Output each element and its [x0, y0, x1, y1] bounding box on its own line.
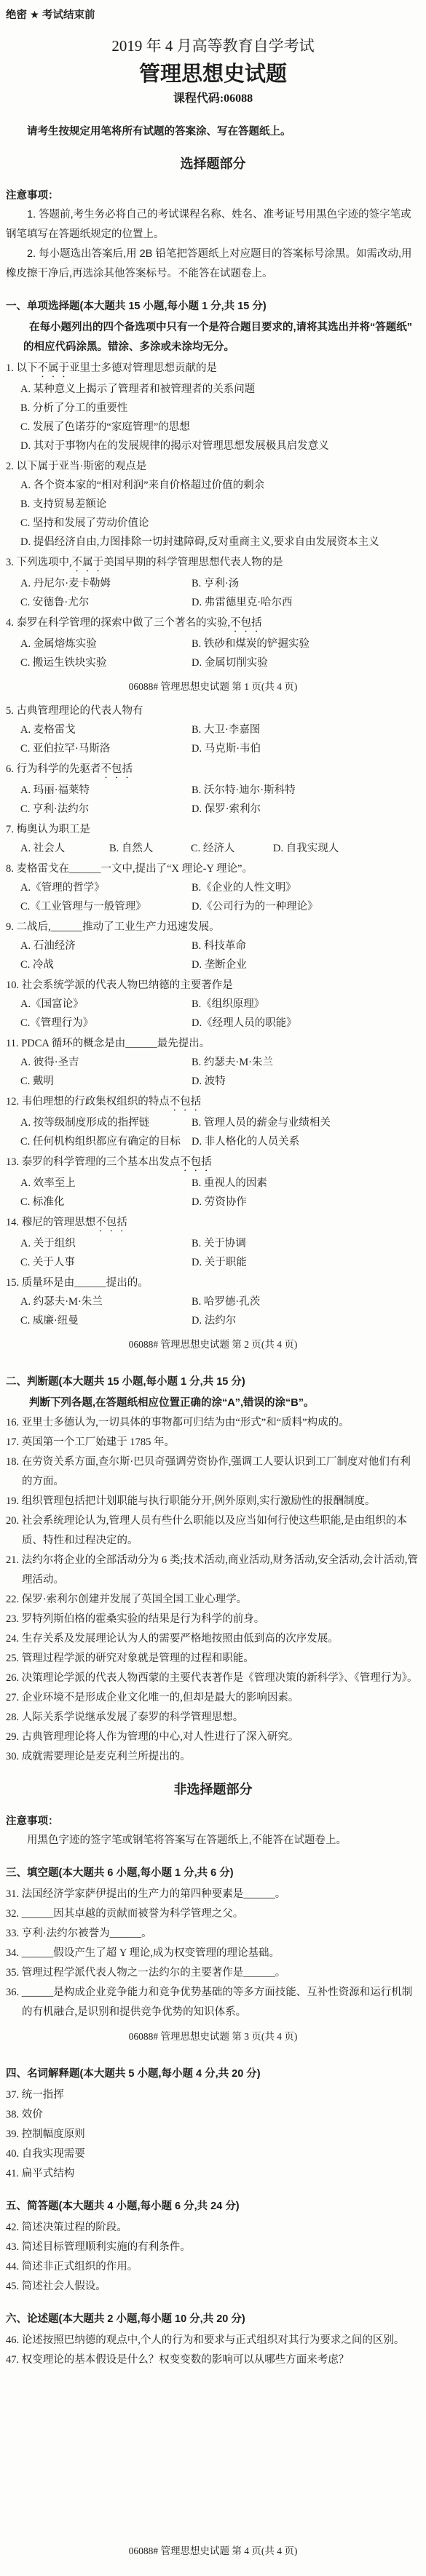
notice-item-2: 2. 每小题选出答案后,用 2B 铅笔把答题纸上对应题目的答案标号涂黑。如需改动…	[6, 245, 420, 284]
notice-item-1: 1. 答题前,考生务必将自己的考试课程名称、姓名、准考证号用黑色字迹的签字笔或钢…	[6, 205, 420, 245]
option: C. 安德鲁·尤尔	[20, 593, 192, 612]
option: A. 玛丽·福莱特	[20, 781, 192, 800]
question-number: 38.	[6, 2109, 22, 2120]
item-text: 亚里士多德认为,一切具体的事物都可归结为由“形式”和“质料”构成的。	[22, 1417, 350, 1428]
options: A. 关于组织B. 关于协调C. 关于人事D. 关于职能	[6, 1234, 420, 1272]
option: D. 关于职能	[192, 1253, 420, 1272]
short-question: 42. 简述决策过程的阶段。	[6, 2218, 420, 2238]
option: C. 戴明	[20, 1072, 192, 1091]
term-question: 39. 控制幅度原则	[6, 2125, 420, 2144]
tf-questions: 16. 亚里士多德认为,一切具体的事物都可归结为由“形式”和“质料”构成的。17…	[6, 1413, 420, 1767]
fill-question: 32. ______因其卓越的贡献而被誉为科学管理之父。	[6, 1904, 420, 1924]
single-choice-section: 一、单项选择题(本大题共 15 小题,每小题 1 分,共 15 分) 在每小题列…	[6, 284, 420, 1359]
options: A. 某种意义上揭示了管理者和被管理者的关系问题B. 分析了分工的重要性C. 发…	[6, 380, 420, 456]
option: D. 非人格化的人员关系	[192, 1132, 420, 1151]
tf-question: 24. 生存关系及发展理论认为人的需要严格地按照由低到高的次序发展。	[6, 1629, 420, 1649]
question-number: 43.	[6, 2241, 22, 2253]
stem-text: 社会系统学派的代表人物巴纳德的主要著作是	[22, 979, 233, 991]
option: B. 哈罗德·孔茨	[192, 1292, 420, 1311]
page-footer-4: 06088# 管理思想史试题 第 4 页(共 4 页)	[6, 2543, 420, 2560]
question-number: 2.	[6, 461, 17, 472]
question-stem: 12. 韦伯理想的行政集权组织的特点不包括	[6, 1092, 420, 1113]
tf-question: 16. 亚里士多德认为,一切具体的事物都可归结为由“形式”和“质料”构成的。	[6, 1413, 420, 1433]
tf-question: 21. 法约尔将企业的全部活动分为 6 类;技术活动,商业活动,财务活动,安全活…	[6, 1551, 420, 1590]
question-stem: 3. 下列选项中,不属于美国早期的科学管理思想代表人物的是	[6, 553, 420, 574]
question-number: 35.	[6, 1967, 22, 1979]
option: B. 管理人员的薪金与业绩相关	[192, 1113, 420, 1132]
question-number: 33.	[6, 1928, 22, 1939]
stem-text: 不包括	[230, 617, 262, 629]
option: A. 按等级制度形成的指挥链	[20, 1113, 192, 1132]
options: A.《国富论》B.《组织原理》C.《管理行为》D.《经理人员的职能》	[6, 995, 420, 1033]
question-number: 41.	[6, 2168, 22, 2179]
tf-question: 23. 罗特列斯伯格的霍桑实验的结果是行为科学的前身。	[6, 1610, 420, 1629]
term-question: 37. 统一指挥	[6, 2086, 420, 2105]
question-stem: 1. 以下不属于亚里士多德对管理思想贡献的是	[6, 359, 420, 380]
item-text: 简述社会人假设。	[22, 2281, 106, 2292]
options: A. 石油经济B. 科技革命C. 冷战D. 垄断企业	[6, 937, 420, 974]
fill-question: 36. ______是构成企业竞争能力和竞争优势基础的等多方面技能、互补性资源和…	[6, 1983, 420, 2022]
stem-text: 梅奥认为职工是	[17, 824, 91, 835]
option: D.《公司行为的一种理论》	[192, 897, 420, 916]
term-question: 38. 效价	[6, 2105, 420, 2125]
options: A. 约瑟夫·M·朱兰B. 哈罗德·孔茨C. 威廉·纽曼D. 法约尔	[6, 1292, 420, 1330]
option: C. 搬运生铁块实验	[20, 653, 192, 672]
mcq-question: 12. 韦伯理想的行政集权组织的特点不包括A. 按等级制度形成的指挥链B. 管理…	[6, 1092, 420, 1151]
mcq-question: 11. PDCA 循环的概念是由______最先提出。A. 彼得·圣吉B. 约瑟…	[6, 1034, 420, 1091]
mcq-question: 8. 麦格雷戈在______一文中,提出了“X 理论-Y 理论”。A.《管理的哲…	[6, 859, 420, 916]
stem-text: PDCA 循环的概念是由______最先提出。	[21, 1038, 210, 1049]
mcq-instruction: 在每小题列出的四个备选项中只有一个是符合题目要求的,请将其选出并将“答题纸”的相…	[6, 318, 420, 357]
stem-text: 行为科学的先驱者	[17, 763, 101, 775]
option: D. 金属切削实验	[192, 653, 420, 672]
stem-text: 不包括	[95, 1217, 127, 1228]
option: D. 垄断企业	[192, 955, 420, 974]
item-text: 保罗·索利尔创建并发展了英国全国工业心理学。	[22, 1594, 247, 1605]
tf-question: 20. 社会系统理论认为,管理人员有些什么职能以及应当如何行使这些职能,是由组织…	[6, 1511, 420, 1551]
fill-question: 34. ______假设产生了超 Y 理论,成为权变管理的理论基础。	[6, 1944, 420, 1963]
part-title-non-choice: 非选择题部分	[6, 1780, 420, 1799]
non-choice-notice-section: 注意事项： 用黑色字迹的签字笔或钢笔将答案写在答题纸上,不能答在试题卷上。	[6, 1810, 420, 1850]
stem-text: 泰罗的科学管理的三个基本出发点	[22, 1156, 181, 1168]
option: A. 金属熔炼实验	[20, 635, 192, 653]
option: C. 威廉·纽曼	[20, 1311, 192, 1330]
short-question: 43. 简述目标管理顺利实施的有利条件。	[6, 2238, 420, 2257]
item-text: ______因其卓越的贡献而被誉为科学管理之父。	[22, 1908, 244, 1920]
option: D. 波特	[192, 1072, 420, 1091]
page-footer-2: 06088# 管理思想史试题 第 2 页(共 4 页)	[6, 1336, 420, 1353]
question-number: 28.	[6, 1712, 22, 1723]
options: A. 彼得·圣吉B. 约瑟夫·M·朱兰C. 戴明D. 波特	[6, 1053, 420, 1091]
option: D. 提倡经济自由,力图排除一切封建障碍,反对重商主义,要求自由发展资本主义	[20, 533, 420, 552]
mcq-question: 14. 穆尼的管理思想不包括A. 关于组织B. 关于协调C. 关于人事D. 关于…	[6, 1213, 420, 1272]
tf-question: 25. 管理过程学派的研究对象就是管理的过程和职能。	[6, 1649, 420, 1669]
option: D. 马克斯·韦伯	[192, 739, 420, 758]
option: A. 各个资本家的“相对利润”来自价格超过价值的剩余	[20, 476, 420, 495]
mcq-question: 15. 质量环是由______提出的。A. 约瑟夫·M·朱兰B. 哈罗德·孔茨C…	[6, 1273, 420, 1330]
paper-title: 管理思想史试题	[6, 60, 420, 89]
item-text: 组织管理包括把计划职能与执行职能分开,例外原则,实行激励性的报酬制度。	[22, 1495, 376, 1507]
fill-question: 33. 亨利·法约尔被誉为______。	[6, 1924, 420, 1944]
question-number: 44.	[6, 2261, 22, 2273]
question-stem: 8. 麦格雷戈在______一文中,提出了“X 理论-Y 理论”。	[6, 859, 420, 878]
item-text: 决策理论学派的代表人物西蒙的主要代表著作是《管理决策的新科学》、《管理行为》。	[22, 1672, 418, 1684]
stem-text: 不属于	[72, 557, 104, 568]
stem-text: 泰罗在科学管理的探索中做了三个著名的实验,	[17, 617, 231, 629]
question-stem: 7. 梅奥认为职工是	[6, 820, 420, 839]
exam-session-title: 2019 年 4 月高等教育自学考试	[6, 35, 420, 57]
options: A. 社会人B. 自然人C. 经济人D. 自我实现人	[6, 839, 420, 858]
short-answer-section: 五、简答题(本大题共 4 小题,每小题 6 分,共 24 分) 42. 简述决策…	[6, 2184, 420, 2297]
classification-banner: 绝密 ★ 考试结束前	[6, 6, 420, 25]
option: D. 弗雷德里克·哈尔西	[192, 593, 420, 612]
stem-text: 质量环是由______提出的。	[22, 1277, 149, 1289]
item-text: 控制幅度原则	[22, 2128, 85, 2140]
option: A. 丹尼尔·麦卡勒姆	[20, 574, 192, 593]
question-number: 47.	[6, 2354, 22, 2366]
option: B. 自然人	[109, 839, 191, 858]
term-question: 41. 扁平式结构	[6, 2164, 420, 2184]
option: B.《企业的人性文明》	[192, 878, 420, 897]
question-number: 25.	[6, 1653, 22, 1664]
notice-title: 注意事项：	[6, 186, 420, 205]
question-number: 19.	[6, 1495, 22, 1507]
question-stem: 13. 泰罗的科学管理的三个基本出发点不包括	[6, 1153, 420, 1174]
options: A.《管理的哲学》B.《企业的人性文明》C.《工业管理与一般管理》D.《公司行为…	[6, 878, 420, 916]
option: A. 效率至上	[20, 1174, 192, 1193]
notice-title-2: 注意事项：	[6, 1812, 420, 1831]
option: A.《管理的哲学》	[20, 878, 192, 897]
stem-text: 穆尼的管理思想	[22, 1217, 96, 1228]
item-text: 法约尔将企业的全部活动分为 6 类;技术活动,商业活动,财务活动,安全活动,会计…	[22, 1554, 418, 1586]
option: C. 亚伯拉罕·马斯洛	[20, 739, 192, 758]
option: B. 亨利·汤	[192, 574, 420, 593]
stem-text: 不包括	[101, 763, 133, 775]
tf-question: 19. 组织管理包括把计划职能与执行职能分开,例外原则,实行激励性的报酬制度。	[6, 1492, 420, 1511]
item-text: 扁平式结构	[22, 2168, 75, 2179]
mcq-question: 13. 泰罗的科学管理的三个基本出发点不包括A. 效率至上B. 重视人的因素C.…	[6, 1153, 420, 1212]
option: A. 关于组织	[20, 1234, 192, 1253]
option: A. 彼得·圣吉	[20, 1053, 192, 1072]
mcq-question: 1. 以下不属于亚里士多德对管理思想贡献的是A. 某种意义上揭示了管理者和被管理…	[6, 359, 420, 456]
question-number: 16.	[6, 1417, 22, 1428]
option: C. 经济人	[191, 839, 273, 858]
stem-text: 不包括	[170, 1096, 202, 1108]
question-stem: 2. 以下属于亚当·斯密的观点是	[6, 457, 420, 476]
question-number: 17.	[6, 1436, 22, 1448]
course-code: 课程代码:06088	[6, 90, 420, 108]
paper-header: 绝密 ★ 考试结束前 2019 年 4 月高等教育自学考试 管理思想史试题 课程…	[6, 6, 420, 185]
tf-question: 17. 英国第一个工厂始建于 1785 年。	[6, 1433, 420, 1452]
option: B. 支持贸易差额论	[20, 495, 420, 514]
options: A. 麦格雷戈B. 大卫·李嘉图C. 亚伯拉罕·马斯洛D. 马克斯·韦伯	[6, 720, 420, 758]
item-text: 成就需要理论是麦克利兰所提出的。	[22, 1751, 191, 1762]
section-heading-short: 五、简答题(本大题共 4 小题,每小题 6 分,共 24 分)	[6, 2197, 420, 2217]
tf-question: 18. 在劳资关系方面,查尔斯·巴贝奇强调劳资协作,强调工人要认识到工厂制度对他…	[6, 1452, 420, 1492]
option: C. 坚持和发展了劳动价值论	[20, 514, 420, 533]
mcq-question: 10. 社会系统学派的代表人物巴纳德的主要著作是A.《国富论》B.《组织原理》C…	[6, 976, 420, 1033]
stem-text: 麦格雷戈在______一文中,提出了“X 理论-Y 理论”。	[17, 863, 253, 875]
mcq-question: 4. 泰罗在科学管理的探索中做了三个著名的实验,不包括A. 金属熔炼实验B. 铁…	[6, 613, 420, 672]
tf-question: 28. 人际关系学说继承发展了泰罗的科学管理思想。	[6, 1708, 420, 1728]
mcq-questions-group-2: 5. 古典管理理论的代表人物有A. 麦格雷戈B. 大卫·李嘉图C. 亚伯拉罕·马…	[6, 701, 420, 1330]
item-text: 简述目标管理顺利实施的有利条件。	[22, 2241, 191, 2253]
mcq-questions-group-1: 1. 以下不属于亚里士多德对管理思想贡献的是A. 某种意义上揭示了管理者和被管理…	[6, 359, 420, 672]
question-number: 10.	[6, 979, 22, 991]
item-text: 权变理论的基本假设是什么？权变变数的影响可以从哪些方面来考虑？	[22, 2354, 350, 2366]
stem-text: 韦伯理想的行政集权组织的特点	[22, 1096, 170, 1108]
question-number: 6.	[6, 763, 17, 775]
tf-question: 30. 成就需要理论是麦克利兰所提出的。	[6, 1747, 420, 1767]
question-number: 31.	[6, 1888, 22, 1900]
essay-question: 47. 权变理论的基本假设是什么？权变变数的影响可以从哪些方面来考虑？	[6, 2350, 420, 2370]
question-number: 27.	[6, 1692, 22, 1704]
option: C.《管理行为》	[20, 1014, 192, 1033]
answer-instruction: 请考生按规定用笔将所有试题的答案涂、写在答题纸上。	[6, 122, 420, 141]
section-heading-terms: 四、名词解释题(本大题共 5 小题,每小题 4 分,共 20 分)	[6, 2064, 420, 2084]
question-stem: 5. 古典管理理论的代表人物有	[6, 701, 420, 720]
mcq-question: 3. 下列选项中,不属于美国早期的科学管理思想代表人物的是A. 丹尼尔·麦卡勒姆…	[6, 553, 420, 612]
essay-questions: 46. 论述按照巴纳德的观点中,个人的行为和要求与正式组织对其行为要求之间的区别…	[6, 2331, 420, 2370]
item-text: 管理过程学派代表人物之一法约尔的主要著作是______。	[22, 1967, 286, 1979]
item-text: 简述决策过程的阶段。	[22, 2222, 127, 2233]
option: C. 亨利·法约尔	[20, 800, 192, 819]
option: B. 科技革命	[192, 937, 420, 955]
question-number: 37.	[6, 2089, 22, 2101]
option: C. 关于人事	[20, 1253, 192, 1272]
question-number: 14.	[6, 1217, 22, 1228]
question-number: 24.	[6, 1633, 22, 1645]
mcq-question: 9. 二战后,______推动了工业生产力迅速发展。A. 石油经济B. 科技革命…	[6, 918, 420, 974]
question-number: 29.	[6, 1731, 22, 1743]
option: B. 沃尔特·迪尔·斯科特	[192, 781, 420, 800]
section-heading-fill: 三、填空题(本大题共 6 小题,每小题 1 分,共 6 分)	[6, 1864, 420, 1883]
mcq-question: 5. 古典管理理论的代表人物有A. 麦格雷戈B. 大卫·李嘉图C. 亚伯拉罕·马…	[6, 701, 420, 758]
item-text: 简述非正式组织的作用。	[22, 2261, 138, 2273]
tf-question: 22. 保罗·索利尔创建并发展了英国全国工业心理学。	[6, 1590, 420, 1610]
stem-text: 下列选项中,	[17, 557, 72, 568]
question-number: 11.	[6, 1038, 21, 1049]
options: A. 按等级制度形成的指挥链B. 管理人员的薪金与业绩相关C. 任何机构组织都应…	[6, 1113, 420, 1151]
item-text: 法国经济学家萨伊提出的生产力的第四种要素是______。	[22, 1888, 286, 1900]
question-stem: 6. 行为科学的先驱者不包括	[6, 760, 420, 781]
option: C. 标准化	[20, 1193, 192, 1212]
question-number: 30.	[6, 1751, 22, 1762]
option: C. 冷战	[20, 955, 192, 974]
stem-text: 以下	[17, 362, 38, 374]
question-number: 9.	[6, 921, 17, 933]
essay-question: 46. 论述按照巴纳德的观点中,个人的行为和要求与正式组织对其行为要求之间的区别…	[6, 2331, 420, 2350]
item-text: 在劳资关系方面,查尔斯·巴贝奇强调劳资协作,强调工人要认识到工厂制度对他们有利的…	[22, 1456, 411, 1487]
item-text: 管理过程学派的研究对象就是管理的过程和职能。	[22, 1653, 254, 1664]
term-questions: 37. 统一指挥38. 效价39. 控制幅度原则40. 自我实现需要41. 扁平…	[6, 2086, 420, 2184]
item-text: 效价	[22, 2109, 43, 2120]
question-stem: 4. 泰罗在科学管理的探索中做了三个著名的实验,不包括	[6, 613, 420, 635]
option: B. 大卫·李嘉图	[192, 720, 420, 739]
question-number: 42.	[6, 2222, 22, 2233]
true-false-section: 二、判断题(本大题共 15 小题,每小题 1 分,共 15 分) 判断下列各题,…	[6, 1359, 420, 1767]
fill-blank-section: 三、填空题(本大题共 6 小题,每小题 1 分,共 6 分) 31. 法国经济学…	[6, 1850, 420, 2051]
section-heading-essay: 六、论述题(本大题共 2 小题,每小题 10 分,共 20 分)	[6, 2310, 420, 2329]
notice-item-3: 用黑色字迹的签字笔或钢笔将答案写在答题纸上,不能答在试题卷上。	[6, 1831, 420, 1850]
question-number: 26.	[6, 1672, 22, 1684]
option: A. 约瑟夫·M·朱兰	[20, 1292, 192, 1311]
fill-question: 35. 管理过程学派代表人物之一法约尔的主要著作是______。	[6, 1963, 420, 1983]
item-text: ______假设产生了超 Y 理论,成为权变管理的理论基础。	[22, 1947, 280, 1959]
options: A. 玛丽·福莱特B. 沃尔特·迪尔·斯科特C. 亨利·法约尔D. 保罗·索利尔	[6, 781, 420, 819]
option: D. 法约尔	[192, 1311, 420, 1330]
short-question: 44. 简述非正式组织的作用。	[6, 2257, 420, 2277]
item-text: 企业环境不是形成企业文化唯一的,但却是最大的影响因素。	[22, 1692, 299, 1704]
item-text: 罗特列斯伯格的霍桑实验的结果是行为科学的前身。	[22, 1613, 265, 1625]
question-number: 7.	[6, 824, 17, 835]
question-number: 20.	[6, 1515, 22, 1527]
option: B.《组织原理》	[192, 995, 420, 1014]
question-stem: 15. 质量环是由______提出的。	[6, 1273, 420, 1292]
short-question: 45. 简述社会人假设。	[6, 2277, 420, 2297]
stem-text: 不包括	[180, 1156, 212, 1168]
term-question: 40. 自我实现需要	[6, 2144, 420, 2164]
question-number: 15.	[6, 1277, 22, 1289]
option: B. 约瑟夫·M·朱兰	[192, 1053, 420, 1072]
stem-text: 古典管理理论的代表人物有	[17, 705, 143, 717]
stem-text: 二战后,______推动了工业生产力迅速发展。	[17, 921, 220, 933]
options: A. 效率至上B. 重视人的因素C. 标准化D. 劳资协作	[6, 1174, 420, 1212]
mcq-question: 6. 行为科学的先驱者不包括A. 玛丽·福莱特B. 沃尔特·迪尔·斯科特C. 亨…	[6, 760, 420, 819]
stem-text: 以下属于亚当·斯密的观点是	[17, 461, 147, 472]
item-text: 英国第一个工厂始建于 1785 年。	[22, 1436, 175, 1448]
question-number: 18.	[6, 1456, 22, 1468]
fill-questions: 31. 法国经济学家萨伊提出的生产力的第四种要素是______。32. ____…	[6, 1885, 420, 2022]
item-text: 古典管理理论将人作为管理的中心,对人性进行了深入研究。	[22, 1731, 299, 1743]
option: B. 铁砂和煤炭的铲掘实验	[192, 635, 420, 653]
option: D. 其对于事物内在的发展规律的揭示对管理思想发展极具启发意义	[20, 437, 420, 456]
short-questions: 42. 简述决策过程的阶段。43. 简述目标管理顺利实施的有利条件。44. 简述…	[6, 2218, 420, 2297]
option: A. 社会人	[20, 839, 109, 858]
question-number: 45.	[6, 2281, 22, 2292]
item-text: ______是构成企业竞争能力和竞争优势基础的等多方面技能、互补性资源和运行机制…	[22, 1987, 413, 2018]
option: C. 任何机构组织都应有确定的目标	[20, 1132, 192, 1151]
option: C. 发展了色诺芬的“家庭管理”的思想	[20, 418, 420, 437]
tf-question: 27. 企业环境不是形成企业文化唯一的,但却是最大的影响因素。	[6, 1688, 420, 1708]
section-heading-tf: 二、判断题(本大题共 15 小题,每小题 1 分,共 15 分)	[6, 1372, 420, 1392]
question-stem: 9. 二战后,______推动了工业生产力迅速发展。	[6, 918, 420, 937]
question-number: 36.	[6, 1987, 22, 1998]
question-number: 22.	[6, 1594, 22, 1605]
page-footer-1: 06088# 管理思想史试题 第 1 页(共 4 页)	[6, 678, 420, 696]
tf-instruction: 判断下列各题,在答题纸相应位置正确的涂“A”,错误的涂“B”。	[6, 1394, 420, 1413]
page-footer-3: 06088# 管理思想史试题 第 3 页(共 4 页)	[6, 2028, 420, 2046]
fill-question: 31. 法国经济学家萨伊提出的生产力的第四种要素是______。	[6, 1885, 420, 1904]
question-number: 8.	[6, 863, 17, 875]
option: D.《经理人员的职能》	[192, 1014, 420, 1033]
option: B. 分析了分工的重要性	[20, 399, 420, 418]
item-text: 人际关系学说继承发展了泰罗的科学管理思想。	[22, 1712, 244, 1723]
option: D. 保罗·索利尔	[192, 800, 420, 819]
question-number: 46.	[6, 2334, 22, 2346]
option: A. 石油经济	[20, 937, 192, 955]
choice-notice-section: 注意事项： 1. 答题前,考生务必将自己的考试课程名称、姓名、准考证号用黑色字迹…	[6, 185, 420, 284]
question-number: 4.	[6, 617, 17, 629]
section-heading-mcq: 一、单项选择题(本大题共 15 小题,每小题 1 分,共 15 分)	[6, 297, 420, 317]
option: A. 麦格雷戈	[20, 720, 192, 739]
option: C.《工业管理与一般管理》	[20, 897, 192, 916]
essay-section: 六、论述题(本大题共 2 小题,每小题 10 分,共 20 分) 46. 论述按…	[6, 2297, 420, 2370]
question-number: 39.	[6, 2128, 22, 2140]
option: B. 重视人的因素	[192, 1174, 420, 1193]
part-title-choice: 选择题部分	[6, 154, 420, 173]
option: B. 关于协调	[192, 1234, 420, 1253]
question-number: 12.	[6, 1096, 22, 1108]
question-stem: 10. 社会系统学派的代表人物巴纳德的主要著作是	[6, 976, 420, 995]
question-number: 34.	[6, 1947, 22, 1959]
item-text: 自我实现需要	[22, 2148, 85, 2160]
option: A.《国富论》	[20, 995, 192, 1014]
options: A. 金属熔炼实验B. 铁砂和煤炭的铲掘实验C. 搬运生铁块实验D. 金属切削实…	[6, 635, 420, 672]
question-number: 5.	[6, 705, 17, 717]
stem-text: 亚里士多德对管理思想贡献的是	[69, 362, 217, 374]
question-number: 21.	[6, 1554, 22, 1566]
stem-text: 美国早期的科学管理思想代表人物的是	[103, 557, 283, 568]
tf-question: 26. 决策理论学派的代表人物西蒙的主要代表著作是《管理决策的新科学》、《管理行…	[6, 1669, 420, 1688]
terms-section: 四、名词解释题(本大题共 5 小题,每小题 4 分,共 20 分) 37. 统一…	[6, 2051, 420, 2184]
question-stem: 14. 穆尼的管理思想不包括	[6, 1213, 420, 1234]
question-number: 1.	[6, 362, 17, 374]
question-number: 23.	[6, 1613, 22, 1625]
mcq-question: 2. 以下属于亚当·斯密的观点是A. 各个资本家的“相对利润”来自价格超过价值的…	[6, 457, 420, 552]
item-text: 论述按照巴纳德的观点中,个人的行为和要求与正式组织对其行为要求之间的区别。	[22, 2334, 405, 2346]
option: D. 劳资协作	[192, 1193, 420, 1212]
option: D. 自我实现人	[273, 839, 420, 858]
stem-text: 不属于	[38, 362, 70, 374]
question-number: 3.	[6, 557, 17, 568]
exam-paper-page: { "header": { "classification": "绝密 ★ 考试…	[0, 0, 426, 2576]
question-stem: 11. PDCA 循环的概念是由______最先提出。	[6, 1034, 420, 1053]
question-number: 40.	[6, 2148, 22, 2160]
item-text: 亨利·法约尔被誉为______。	[22, 1928, 152, 1939]
item-text: 生存关系及发展理论认为人的需要严格地按照由低到高的次序发展。	[22, 1633, 339, 1645]
item-text: 统一指挥	[22, 2089, 64, 2101]
tf-question: 29. 古典管理理论将人作为管理的中心,对人性进行了深入研究。	[6, 1728, 420, 1747]
item-text: 社会系统理论认为,管理人员有些什么职能以及应当如何行使这些职能,是由组织的本质、…	[22, 1515, 407, 1546]
options: A. 各个资本家的“相对利润”来自价格超过价值的剩余B. 支持贸易差额论C. 坚…	[6, 476, 420, 552]
question-number: 32.	[6, 1908, 22, 1920]
mcq-question: 7. 梅奥认为职工是A. 社会人B. 自然人C. 经济人D. 自我实现人	[6, 820, 420, 858]
option: A. 某种意义上揭示了管理者和被管理者的关系问题	[20, 380, 420, 399]
options: A. 丹尼尔·麦卡勒姆B. 亨利·汤C. 安德鲁·尤尔D. 弗雷德里克·哈尔西	[6, 574, 420, 612]
question-number: 13.	[6, 1156, 22, 1168]
